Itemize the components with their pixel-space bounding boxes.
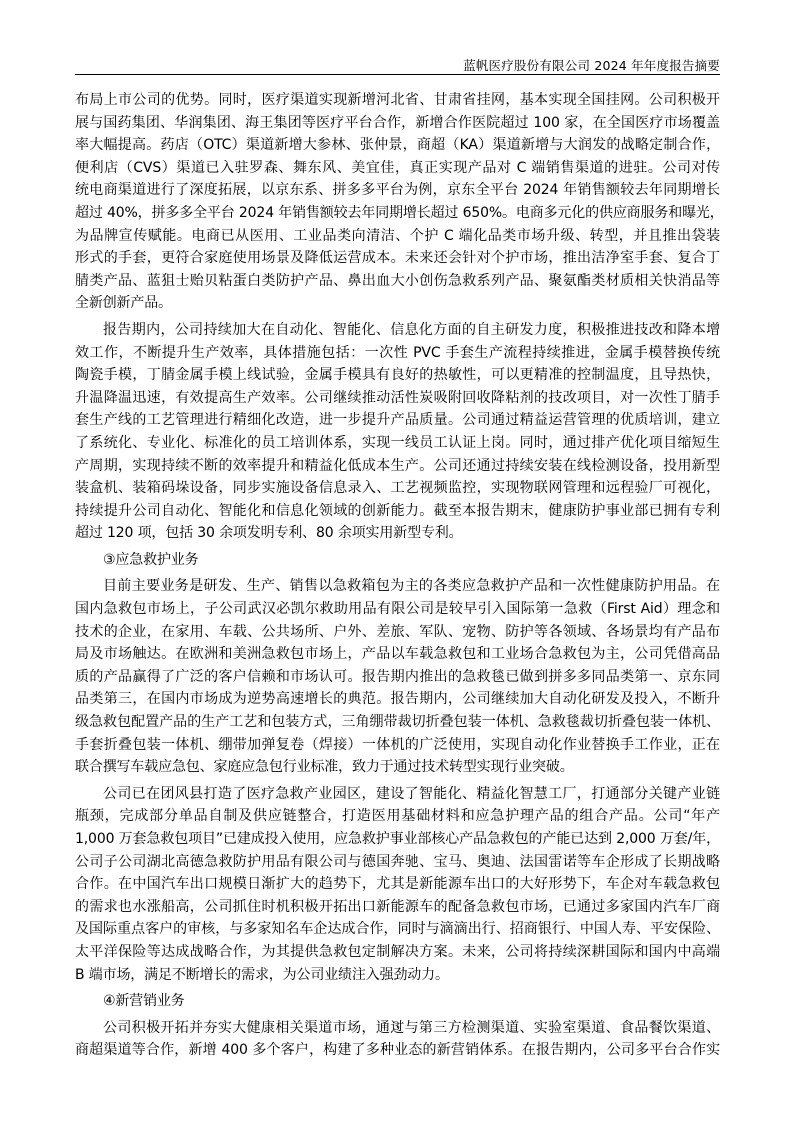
paragraph: 布局上市公司的优势。同时，医疗渠道实现新增河北省、甘肃省挂网，基本实现全国挂网。… [75,89,720,315]
text-line: 为品牌宣传赋能。电商已从医用、工业品类向清洁、个护 C 端化品类市场升级、转型，… [75,225,720,248]
text-line: 公司已在团风县打造了医疗急救产业园区，建设了智能化、精益化智慧工厂，打通部分关键… [75,783,720,806]
text-line: 统电商渠道进行了深度拓展，以京东系、拼多多平台为例，京东全平台 2024 年销售… [75,179,720,202]
text-line: 全新创新产品。 [75,292,720,315]
text-line: 合作。在中国汽车出口规模日渐扩大的趋势下，尤其是新能源车出口的大好形势下，车企对… [75,873,720,896]
text-line: 套生产线的工艺管理进行精细化改造，进一步提升产品质量。公司通过精益运营管理的优质… [75,409,720,432]
report-title: 蓝帆医疗股份有限公司 2024 年年度报告摘要 [463,56,720,74]
section-heading: ③应急救护业务 [75,549,720,572]
text-line: 联合撰写车载应急包、家庭应急包行业标准，致力于通过技术转型实现行业突破。 [75,756,720,779]
text-line: 的需求也水涨船高，公司抓住时机积极开拓出口新能源车的配备急救包市场，已通过多家国… [75,896,720,919]
text-line: 了系统化、专业化、标准化的员工培训体系，实现一线员工认证上岗。同时，通过排产优化… [75,432,720,455]
text-line: 级急救包配置产品的生产工艺和包装方式，三角绷带裁切折叠包装一体机、急救毯裁切折叠… [75,711,720,734]
text-line: ③应急救护业务 [75,549,720,572]
text-line: ④新营销业务 [75,990,720,1013]
text-line: 目前主要业务是研发、生产、销售以急救箱包为主的各类应急救护产品和一次性健康防护用… [75,575,720,598]
text-line: 超过 40%，拼多多全平台 2024 年销售额较去年同期增长超过 650%。电商… [75,202,720,225]
text-line: 布局上市公司的优势。同时，医疗渠道实现新增河北省、甘肃省挂网，基本实现全国挂网。… [75,89,720,112]
text-line: 商超渠道等合作，新增 400 多个客户，构建了多种业态的新营销体系。在报告期内，… [75,1039,720,1062]
text-line: 国内急救包市场上，子公司武汉必凯尔救助用品有限公司是较早引入国际第一急救（Fir… [75,598,720,621]
page-number: 3 [0,1018,793,1034]
paragraph: 报告期内，公司持续加大在自动化、智能化、信息化方面的自主研发力度，积极推进技改和… [75,319,720,545]
text-line: 手套折叠包装一体机、绷带加弹复卷（焊接）一体机的广泛使用，实现自动化作业替换手工… [75,734,720,757]
text-line: 技术的企业，在家用、车载、公共场所、户外、差旅、军队、宠物、防护等各领域、各场景… [75,621,720,644]
text-line: 便利店（CVS）渠道已入驻罗森、舞东风、美宜佳，真正实现产品对 C 端销售渠道的… [75,157,720,180]
paragraph: 公司已在团风县打造了医疗急救产业园区，建设了智能化、精益化智慧工厂，打通部分关键… [75,783,720,986]
section-heading: ④新营销业务 [75,990,720,1013]
text-line: 陶瓷手模，丁腈金属手模上线试验，金属手模具有良好的热敏性，可以更精准的控制温度，… [75,364,720,387]
text-line: 展与国药集团、华润集团、海王集团等医疗平台合作，新增合作医院超过 100 家，在… [75,112,720,135]
document-body: 布局上市公司的优势。同时，医疗渠道实现新增河北省、甘肃省挂网，基本实现全国挂网。… [75,89,720,1062]
text-line: 太平洋保险等达成战略合作，为其提供急救包定制解决方案。未来，公司将持续深耕国际和… [75,941,720,964]
text-line: 持续提升公司自动化、智能化和信息化领域的创新能力。截至本报告期末，健康防护事业部… [75,500,720,523]
text-line: 率大幅提高。药店（OTC）渠道新增大参林、张仲景，商超（KA）渠道新增与大润发的… [75,134,720,157]
text-line: 形式的手套，更符合家庭使用场景及降低运营成本。未来还会针对个护市场，推出洁净室手… [75,247,720,270]
text-line: 装盒机、装箱码垛设备，同步实施设备信息录入、工艺视频监控，实现物联网管理和远程验… [75,477,720,500]
page-header: 蓝帆医疗股份有限公司 2024 年年度报告摘要 [75,54,720,75]
text-line: 腈类产品、蓝狙士贻贝粘蛋白类防护产品、鼻出血大小创伤急救系列产品、聚氨酯类材质相… [75,270,720,293]
text-line: 升温降温迅速，有效提高生产效率。公司继续推动活性炭吸附回收降粘剂的技改项目，对一… [75,387,720,410]
text-line: 1,000 万套急救包项目”已建成投入使用，应急救护事业部核心产品急救包的产能已… [75,828,720,851]
text-line: 及国际重点客户的审核，与多家知名车企达成合作，同时与滴滴出行、招商银行、中国人寿… [75,918,720,941]
text-line: B 端市场，满足不断增长的需求，为公司业绩注入强劲动力。 [75,964,720,987]
paragraph: 目前主要业务是研发、生产、销售以急救箱包为主的各类应急救护产品和一次性健康防护用… [75,575,720,778]
text-line: 瓶颈，完成部分单品自制及供应链整合，打造医用基础材料和应急护理产品的组合产品。公… [75,805,720,828]
text-line: 质的产品赢得了广泛的客户信赖和市场认可。报告期内推出的急救毯已做到拼多多同品类第… [75,666,720,689]
text-line: 报告期内，公司持续加大在自动化、智能化、信息化方面的自主研发力度，积极推进技改和… [75,319,720,342]
text-line: 品类第三，在国内市场成为逆势高速增长的典范。报告期内，公司继续加大自动化研发及投… [75,688,720,711]
text-line: 局及市场触达。在欧洲和美洲急救包市场上，产品以车载急救包和工业场合急救包为主，公… [75,643,720,666]
text-line: 超过 120 项，包括 30 余项发明专利、80 余项实用新型专利。 [75,522,720,545]
text-line: 公司子公司湖北高德急救防护用品有限公司与德国奔驰、宝马、奥迪、法国雷诺等车企形成… [75,851,720,874]
text-line: 效工作，不断提升生产效率，具体措施包括：一次性 PVC 手套生产流程持续推进，金… [75,342,720,365]
text-line: 产周期，实现持续不断的效率提升和精益化低成本生产。公司还通过持续安装在线检测设备… [75,455,720,478]
